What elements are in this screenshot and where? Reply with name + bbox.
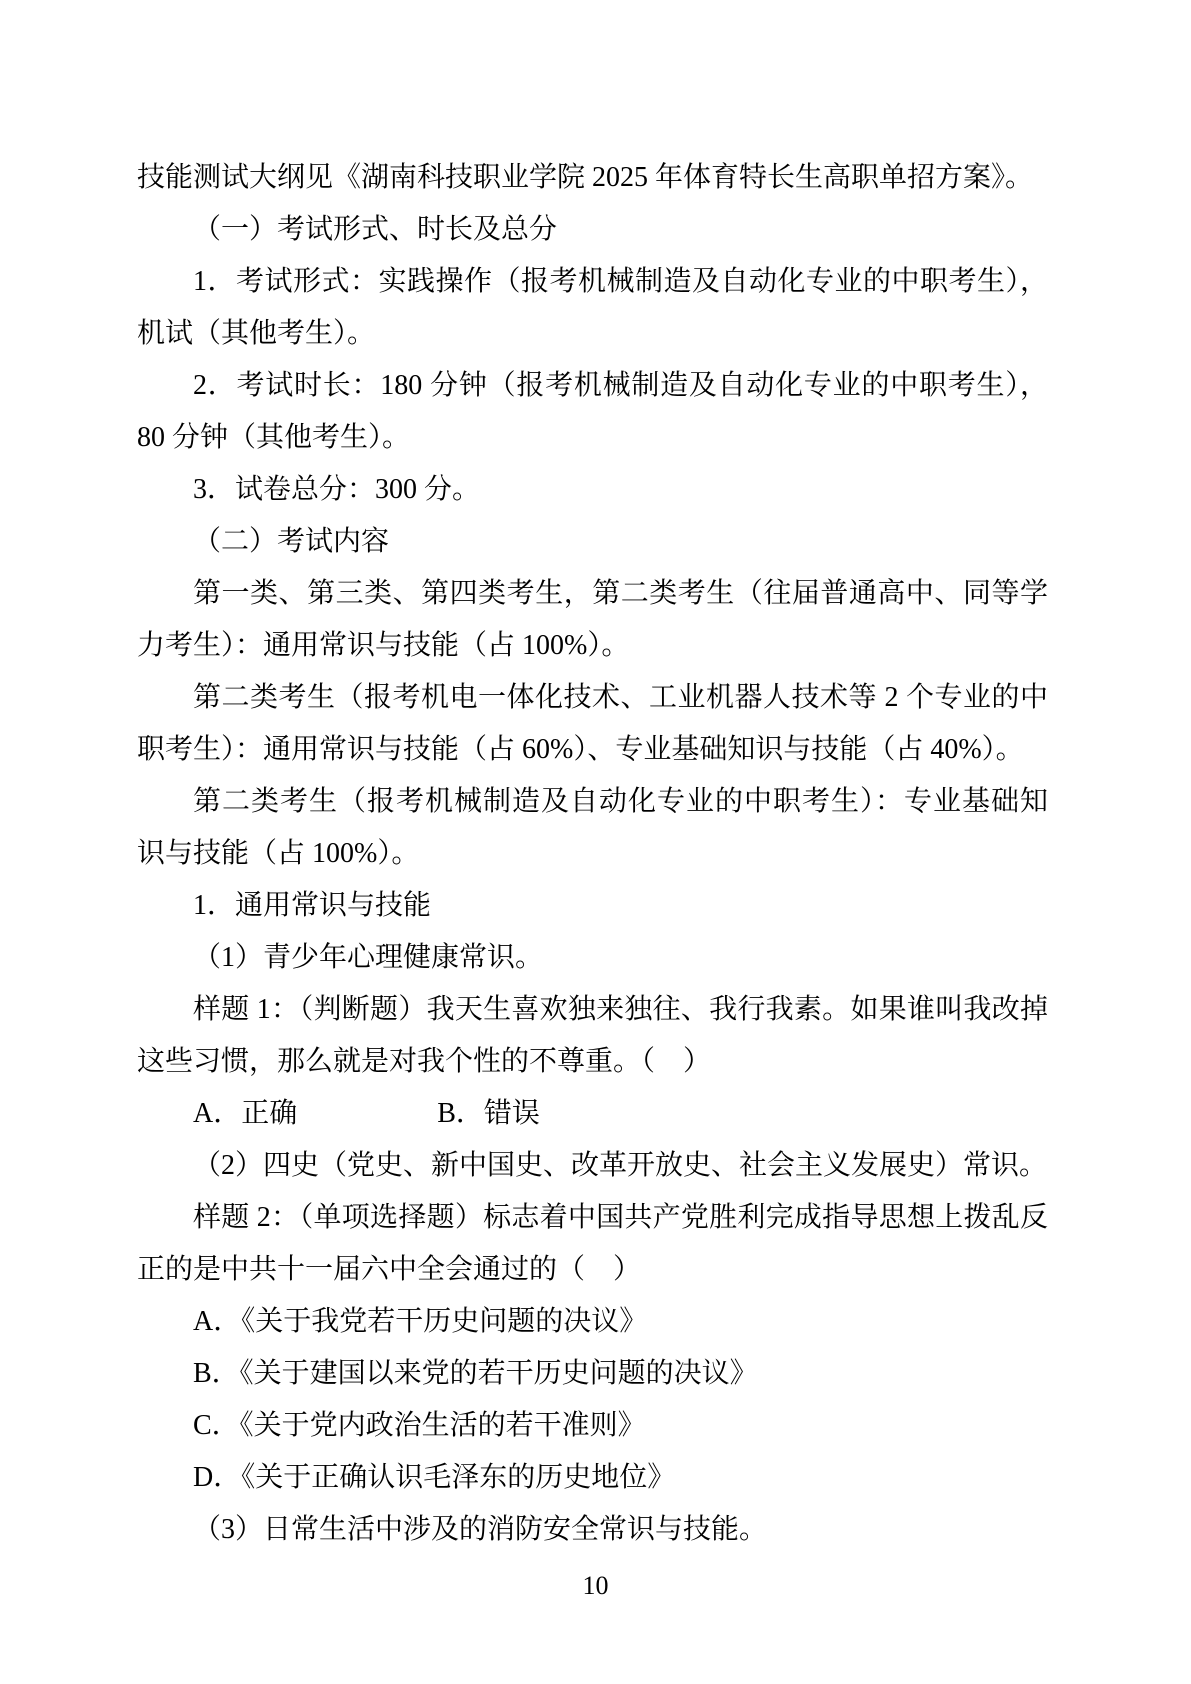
doc-line: 机试（其他考生）。: [137, 308, 1048, 360]
document-text-block: 技能测试大纲见《湖南科技职业学院 2025 年体育特长生高职单招方案》。 （一）…: [137, 152, 1048, 1556]
doc-line: （3）日常生活中涉及的消防安全常识与技能。: [137, 1504, 1048, 1556]
sample-question-line: 样题 1：（判断题）我天生喜欢独来独往、我行我素。如果谁叫我改掉: [137, 984, 1048, 1036]
doc-line: 第一类、第三类、第四类考生，第二类考生（往届普通高中、同等学: [137, 568, 1048, 620]
doc-line: 3．试卷总分：300 分。: [137, 464, 1048, 516]
doc-line: 职考生）：通用常识与技能（占 60%）、专业基础知识与技能（占 40%）。: [137, 724, 1048, 776]
option-line: D．《关于正确认识毛泽东的历史地位》: [137, 1452, 1048, 1504]
doc-line: （1）青少年心理健康常识。: [137, 932, 1048, 984]
section-heading-line: （二）考试内容: [137, 516, 1048, 568]
page-number: 10: [0, 1570, 1191, 1602]
doc-line: 1．考试形式：实践操作（报考机械制造及自动化专业的中职考生），: [137, 256, 1048, 308]
doc-line: 识与技能（占 100%）。: [137, 828, 1048, 880]
subsection-heading-line: 1．通用常识与技能: [137, 880, 1048, 932]
section-heading-line: （一）考试形式、时长及总分: [137, 204, 1048, 256]
sample-question-line: 正的是中共十一届六中全会通过的（ ）: [137, 1244, 1048, 1296]
doc-line: 第二类考生（报考机械制造及自动化专业的中职考生）：专业基础知: [137, 776, 1048, 828]
option-line: C．《关于党内政治生活的若干准则》: [137, 1400, 1048, 1452]
sample-question-line: 这些习惯，那么就是对我个性的不尊重。（ ）: [137, 1036, 1048, 1088]
sample-question-line: 样题 2：（单项选择题）标志着中国共产党胜利完成指导思想上拨乱反: [137, 1192, 1048, 1244]
doc-line: （2）四史（党史、新中国史、改革开放史、社会主义发展史）常识。: [137, 1140, 1048, 1192]
option-line: B．《关于建国以来党的若干历史问题的决议》: [137, 1348, 1048, 1400]
document-page: 技能测试大纲见《湖南科技职业学院 2025 年体育特长生高职单招方案》。 （一）…: [0, 0, 1191, 1684]
doc-line: 2．考试时长：180 分钟（报考机械制造及自动化专业的中职考生），: [137, 360, 1048, 412]
doc-line: 技能测试大纲见《湖南科技职业学院 2025 年体育特长生高职单招方案》。: [137, 152, 1048, 204]
option-line: A．正确 B．错误: [137, 1088, 1048, 1140]
doc-line: 力考生）：通用常识与技能（占 100%）。: [137, 620, 1048, 672]
doc-line: 第二类考生（报考机电一体化技术、工业机器人技术等 2 个专业的中: [137, 672, 1048, 724]
option-line: A．《关于我党若干历史问题的决议》: [137, 1296, 1048, 1348]
doc-line: 80 分钟（其他考生）。: [137, 412, 1048, 464]
